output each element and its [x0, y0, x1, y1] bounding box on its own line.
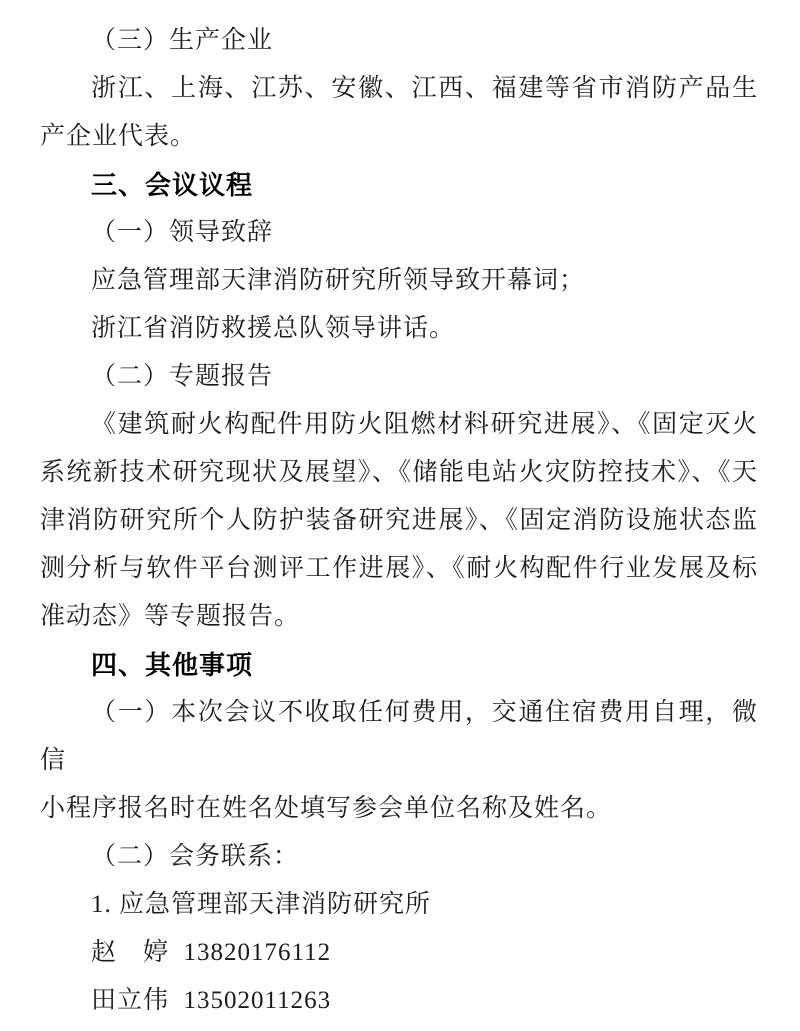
paragraph: （二）会务联系：: [40, 833, 758, 881]
text-line: 《建筑耐火构配件用防火阻燃材料研究进展》、《固定灭火: [40, 401, 758, 449]
section-heading: 三、会议议程: [40, 161, 758, 209]
paragraph: 《建筑耐火构配件用防火阻燃材料研究进展》、《固定灭火 系统新技术研究现状及展望》…: [40, 401, 758, 641]
text-line: 应急管理部天津消防研究所领导致开幕词；: [40, 257, 758, 305]
paragraph: （三）生产企业: [40, 17, 758, 65]
text-line: 浙江省消防救援总队领导讲话。: [40, 305, 758, 353]
text-line: （一）领导致辞: [40, 209, 758, 257]
text-line: （二）会务联系：: [40, 833, 758, 881]
document-page: （三）生产企业 浙江、上海、江苏、安徽、江西、福建等省市消防产品生 产企业代表。…: [0, 0, 800, 1031]
text-line: 浙江、上海、江苏、安徽、江西、福建等省市消防产品生: [40, 65, 758, 113]
contact-line: 田立伟 13502011263: [40, 977, 758, 1025]
text-line: 产企业代表。: [40, 113, 758, 161]
text-line: （三）生产企业: [40, 17, 758, 65]
section-heading: 四、其他事项: [40, 641, 758, 689]
text-line: 田立伟 13502011263: [40, 977, 758, 1025]
paragraph: （二）专题报告: [40, 353, 758, 401]
contact-line: 赵 婷 13820176112: [40, 929, 758, 977]
paragraph: 浙江、上海、江苏、安徽、江西、福建等省市消防产品生 产企业代表。: [40, 65, 758, 161]
text-line: （一）本次会议不收取任何费用，交通住宿费用自理，微信: [40, 689, 758, 785]
paragraph: （一）本次会议不收取任何费用，交通住宿费用自理，微信 小程序报名时在姓名处填写参…: [40, 689, 758, 833]
text-line: 准动态》等专题报告。: [40, 593, 758, 641]
text-line: 赵 婷 13820176112: [40, 929, 758, 977]
text-line: 1. 应急管理部天津消防研究所: [40, 881, 758, 929]
text-line: 测分析与软件平台测评工作进展》、《耐火构配件行业发展及标: [40, 545, 758, 593]
paragraph: 1. 应急管理部天津消防研究所: [40, 881, 758, 929]
text-line: 三、会议议程: [40, 161, 758, 209]
paragraph: （一）领导致辞: [40, 209, 758, 257]
text-line: 小程序报名时在姓名处填写参会单位名称及姓名。: [40, 785, 758, 833]
text-line: （二）专题报告: [40, 353, 758, 401]
paragraph: 应急管理部天津消防研究所领导致开幕词；: [40, 257, 758, 305]
text-line: 四、其他事项: [40, 641, 758, 689]
paragraph: 浙江省消防救援总队领导讲话。: [40, 305, 758, 353]
text-line: 津消防研究所个人防护装备研究进展》、《固定消防设施状态监: [40, 497, 758, 545]
text-line: 系统新技术研究现状及展望》、《储能电站火灾防控技术》、《天: [40, 449, 758, 497]
